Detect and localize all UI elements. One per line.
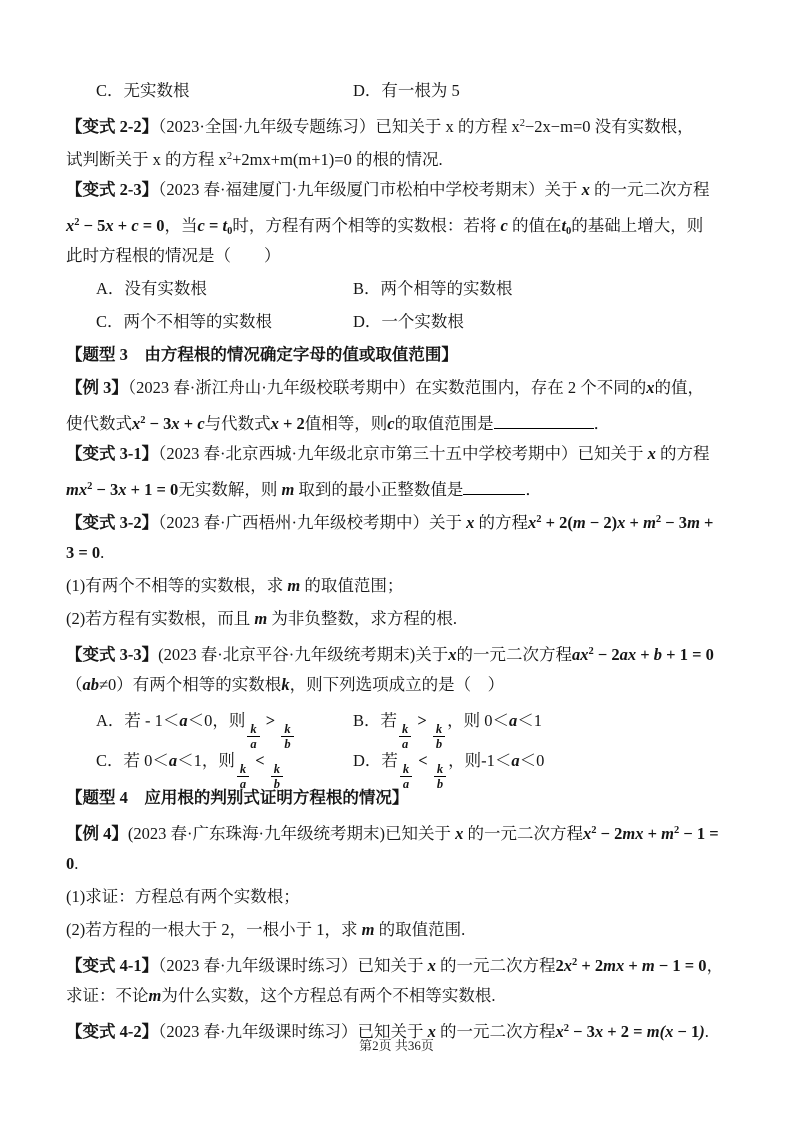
text-segment: D．一个实数根 xyxy=(353,312,464,331)
text-segment: 的一元二次方程 xyxy=(463,824,583,843)
text-segment: 的方程 xyxy=(474,513,528,532)
text-segment: 的取值范围； xyxy=(300,576,403,595)
text-segment: x xyxy=(132,414,140,433)
text-segment: C．无实数根 xyxy=(96,81,190,100)
text-segment: x xyxy=(648,444,656,463)
text-line: 此时方程根的情况是（ ） xyxy=(66,239,728,272)
text-line: mx2 − 3x + 1 = 0无实数解，则 m 取到的最小正整数值是． xyxy=(66,470,728,503)
option-row: A．没有实数根B．两个相等的实数根 xyxy=(66,272,728,305)
text-segment: 【变式 3-1】 xyxy=(66,444,158,463)
text-segment: ， xyxy=(707,956,724,975)
fraction-numerator: k xyxy=(281,722,293,737)
text-segment: ，当 xyxy=(165,216,198,235)
text-segment: ab xyxy=(83,675,100,694)
text-segment: a xyxy=(572,645,580,664)
page-number: 第2页 共36页 xyxy=(359,1038,434,1053)
text-line: 3 = 0. xyxy=(66,536,728,569)
fraction-numerator: k xyxy=(237,762,249,777)
text-segment: x xyxy=(583,824,591,843)
option-left: A．若 - 1＜a＜0，则ka > kb xyxy=(96,701,353,741)
text-segment: ＜0 xyxy=(520,751,545,770)
text-segment: x xyxy=(66,216,74,235)
text-line: (1)求证：方程总有两个实数根； xyxy=(66,880,728,913)
text-segment: − 1 = xyxy=(679,824,718,843)
text-segment: > xyxy=(413,711,431,730)
option-left: C．两个不相等的实数根 xyxy=(96,305,353,338)
fraction-numerator: k xyxy=(433,722,445,737)
option-left: A．没有实数根 xyxy=(96,272,353,305)
text-segment: 【题型 4 应用根的判别式证明方程根的情况】 xyxy=(66,788,408,807)
text-line: x2 − 5x + c = 0，当c = t0时，方程有两个相等的实数根：若将 … xyxy=(66,206,728,239)
text-line: (1)有两个不相等的实数根，求 m 的取值范围； xyxy=(66,569,728,602)
text-segment: − 5 xyxy=(80,216,106,235)
text-segment: + xyxy=(700,513,714,532)
text-segment: 【变式 4-1】 xyxy=(66,956,158,975)
text-line: 【变式 2-2】（2023·全国·九年级专题练习）已知关于 x 的方程 x2−2… xyxy=(66,107,728,140)
text-line: 【变式 2-3】（2023 春·福建厦门·九年级厦门市松柏中学校考期末）关于 x… xyxy=(66,173,728,206)
text-segment: b xyxy=(654,645,662,664)
option-row: C．若 0＜a＜1，则ka < kbD．若ka < kb，则-1＜a＜0 xyxy=(66,741,728,781)
text-line: 【例 3】（2023 春·浙江舟山·九年级校联考期中）在实数范围内，存在 2 个… xyxy=(66,371,728,404)
text-segment: 【变式 3-3】 xyxy=(66,645,158,664)
text-segment: m xyxy=(254,609,267,628)
answer-blank xyxy=(494,426,594,429)
text-segment: > xyxy=(262,711,280,730)
text-segment: 的方程 xyxy=(656,444,710,463)
option-right: B．若ka > kb，则 0＜a＜1 xyxy=(353,701,542,741)
text-segment: (2)若方程有实数根，而且 xyxy=(66,609,254,628)
text-segment: x xyxy=(79,480,87,499)
text-segment: 的取值范围是 xyxy=(395,414,494,433)
text-segment: − 3 xyxy=(146,414,172,433)
option-right: D．一个实数根 xyxy=(353,305,464,338)
text-segment: （2023 春·广西梧州·九年级校考期中）关于 xyxy=(158,513,466,532)
text-segment: c xyxy=(198,216,205,235)
text-segment: − 2 xyxy=(594,645,620,664)
text-segment: 2 xyxy=(556,956,564,975)
text-segment: 此时方程根的情况是（ ） xyxy=(66,246,281,265)
text-segment: D．有一根为 5 xyxy=(353,81,460,100)
text-segment: + 1 = 0 xyxy=(662,645,714,664)
text-segment: + 2 xyxy=(577,956,603,975)
text-line: 【变式 4-1】（2023 春·九年级课时练习）已知关于 x 的一元二次方程2x… xyxy=(66,946,728,979)
text-segment: k xyxy=(281,675,289,694)
text-segment: x xyxy=(118,480,126,499)
text-segment: x xyxy=(646,378,654,397)
text-segment: 【例 4】 xyxy=(66,824,128,843)
text-segment: x xyxy=(616,956,624,975)
text-segment: a xyxy=(179,711,187,730)
text-segment: + 1 = 0 xyxy=(127,480,179,499)
text-segment: 无实数解，则 xyxy=(178,480,281,499)
text-segment: x xyxy=(271,414,279,433)
text-segment: （2023 春·北京西城·九年级北京市第三十五中学校考期中）已知关于 xyxy=(158,444,648,463)
fraction-numerator: k xyxy=(271,762,283,777)
text-segment: （2023 春·九年级课时练习）已知关于 xyxy=(158,956,428,975)
text-segment: 【题型 3 由方程根的情况确定字母的值或取值范围】 xyxy=(66,345,458,364)
text-line: 试判断关于 x 的方程 x2+2mx+m(m+1)=0 的根的情况. xyxy=(66,140,728,173)
text-segment: + xyxy=(624,956,642,975)
text-segment: m xyxy=(66,480,79,499)
text-line: 使代数式x2 − 3x + c与代数式x + 2值相等，则c的取值范围是． xyxy=(66,404,728,437)
text-segment: D．若 xyxy=(353,751,398,770)
text-segment: （ xyxy=(66,675,83,694)
text-segment: − 3 xyxy=(661,513,687,532)
text-segment: . xyxy=(100,543,104,562)
text-line: 【变式 3-1】（2023 春·北京西城·九年级北京市第三十五中学校考期中）已知… xyxy=(66,437,728,470)
text-segment: 的值在 xyxy=(508,216,562,235)
text-line: 【例 4】(2023 春·广东珠海·九年级统考期末)已知关于 x 的一元二次方程… xyxy=(66,814,728,847)
fraction-denominator: b xyxy=(434,777,446,791)
text-segment: − 2) xyxy=(586,513,617,532)
text-segment: x xyxy=(428,956,436,975)
text-segment: 值相等，则 xyxy=(305,414,388,433)
document-page: C．无实数根D．有一根为 5【变式 2-2】（2023·全国·九年级专题练习）已… xyxy=(0,0,793,1122)
text-segment: (2023 春·广东珠海·九年级统考期末)已知关于 xyxy=(128,824,455,843)
text-segment: 【例 3】 xyxy=(66,378,128,397)
text-segment: 的一元二次方程 xyxy=(590,180,710,199)
text-segment: 与代数式 xyxy=(205,414,271,433)
text-segment: 【变式 3-2】 xyxy=(66,513,158,532)
text-segment: x xyxy=(171,414,179,433)
text-segment: 的取值范围. xyxy=(374,920,465,939)
text-segment: 使代数式 xyxy=(66,414,132,433)
text-segment: （2023 春·福建厦门·九年级厦门市松柏中学校考期末）关于 xyxy=(158,180,582,199)
text-segment: c xyxy=(131,216,138,235)
text-segment: (2)若方程的一根大于 2，一根小于 1，求 xyxy=(66,920,362,939)
text-segment: (1)求证：方程总有两个实数根； xyxy=(66,887,300,906)
text-line: 【题型 3 由方程根的情况确定字母的值或取值范围】 xyxy=(66,338,728,371)
text-segment: + xyxy=(643,824,661,843)
text-segment: −2x−m=0 没有实数根， xyxy=(525,117,694,136)
text-segment: 3 = 0 xyxy=(66,543,100,562)
page-footer: 第2页 共36页 xyxy=(0,1036,793,1056)
option-row: A．若 - 1＜a＜0，则ka > kbB．若ka > kb，则 0＜a＜1 xyxy=(66,701,728,741)
text-segment: +2mx+m(m+1)=0 的根的情况. xyxy=(232,150,442,169)
text-segment: 试判断关于 x 的方程 x xyxy=(66,150,227,169)
text-segment: A．若 - 1＜ xyxy=(96,711,179,730)
text-segment: m xyxy=(281,480,294,499)
text-segment: 的值， xyxy=(655,378,705,397)
text-segment: a xyxy=(169,751,177,770)
text-segment: 【变式 2-2】 xyxy=(66,117,158,136)
text-segment: x xyxy=(528,513,536,532)
text-segment: 的基础上增大，则 xyxy=(571,216,703,235)
text-segment: B．两个相等的实数根 xyxy=(353,279,513,298)
text-segment: m xyxy=(287,576,300,595)
text-segment: + xyxy=(180,414,198,433)
text-segment: ＜0，则 xyxy=(188,711,246,730)
text-segment: 为非负整数，求方程的根. xyxy=(267,609,457,628)
text-line: (2)若方程有实数根，而且 m 为非负整数，求方程的根. xyxy=(66,602,728,635)
text-segment: 为什么实数，这个方程总有两个不相等实数根. xyxy=(161,986,495,1005)
text-segment: . xyxy=(74,854,78,873)
text-segment: m xyxy=(643,513,656,532)
text-segment: < xyxy=(251,751,269,770)
option-left: C．无实数根 xyxy=(96,74,353,107)
option-right: B．两个相等的实数根 xyxy=(353,272,513,305)
text-segment: ． xyxy=(525,480,542,499)
fraction: kb xyxy=(434,762,446,791)
text-segment: ≠0）有两个相等的实数根 xyxy=(99,675,281,694)
text-line: 【题型 4 应用根的判别式证明方程根的情况】 xyxy=(66,781,728,814)
text-segment: ＜1 xyxy=(517,711,542,730)
text-segment: m xyxy=(362,920,375,939)
text-segment: − 3 xyxy=(92,480,118,499)
text-line: (2)若方程的一根大于 2，一根小于 1，求 m 的取值范围. xyxy=(66,913,728,946)
text-segment: m xyxy=(642,956,655,975)
text-segment: + 2 xyxy=(279,414,305,433)
text-segment: ，则 0＜ xyxy=(447,711,509,730)
text-segment: m xyxy=(603,956,616,975)
text-segment: ＜1，则 xyxy=(177,751,235,770)
text-segment: 的一元二次方程 xyxy=(456,645,572,664)
text-segment: a xyxy=(620,645,628,664)
text-line: 【变式 3-2】（2023 春·广西梧州·九年级校考期中）关于 x 的方程x2 … xyxy=(66,503,728,536)
fraction-numerator: k xyxy=(399,722,411,737)
text-segment: x xyxy=(105,216,113,235)
text-segment: x xyxy=(628,645,636,664)
text-segment: m xyxy=(687,513,700,532)
answer-blank xyxy=(463,492,525,495)
text-segment: （2023·全国·九年级专题练习）已知关于 x 的方程 x xyxy=(158,117,520,136)
text-segment: 【变式 2-3】 xyxy=(66,180,158,199)
text-segment: 取到的最小正整数值是 xyxy=(294,480,463,499)
fraction-numerator: k xyxy=(434,762,446,777)
text-segment: B．若 xyxy=(353,711,397,730)
text-segment: C．若 0＜ xyxy=(96,751,169,770)
text-segment: + xyxy=(625,513,643,532)
text-segment: x xyxy=(582,180,590,199)
text-segment: C．两个不相等的实数根 xyxy=(96,312,272,331)
text-segment: x xyxy=(564,956,572,975)
text-segment: 求证：不论 xyxy=(66,986,149,1005)
fraction-numerator: k xyxy=(247,722,259,737)
text-segment: a xyxy=(511,751,519,770)
text-line: （ab≠0）有两个相等的实数根k，则下列选项成立的是（ ） xyxy=(66,668,728,701)
option-left: C．若 0＜a＜1，则ka < kb xyxy=(96,741,353,781)
text-segment: 的一元二次方程 xyxy=(436,956,556,975)
text-segment: ，则-1＜ xyxy=(448,751,511,770)
text-segment: + xyxy=(636,645,654,664)
document-body: C．无实数根D．有一根为 5【变式 2-2】（2023·全国·九年级专题练习）已… xyxy=(66,74,728,1045)
text-segment: = 0 xyxy=(139,216,165,235)
text-segment: m xyxy=(149,986,162,1005)
option-right: D．有一根为 5 xyxy=(353,74,460,107)
option-right: D．若ka < kb，则-1＜a＜0 xyxy=(353,741,544,781)
text-line: 0. xyxy=(66,847,728,880)
text-segment: m xyxy=(661,824,674,843)
text-segment: (2023 春·北京平谷·九年级统考期末)关于 xyxy=(158,645,448,664)
text-segment: + 2( xyxy=(542,513,573,532)
text-segment: A．没有实数根 xyxy=(96,279,207,298)
text-segment: c xyxy=(501,216,508,235)
text-segment: ，则下列选项成立的是（ ） xyxy=(290,675,505,694)
text-segment: − 2 xyxy=(596,824,622,843)
text-segment: 0 xyxy=(66,854,74,873)
text-segment: − 1 = 0 xyxy=(655,956,707,975)
text-segment: < xyxy=(414,751,432,770)
text-segment: c xyxy=(197,414,204,433)
option-row: C．两个不相等的实数根D．一个实数根 xyxy=(66,305,728,338)
text-segment: 时，方程有两个相等的实数根：若将 xyxy=(232,216,500,235)
text-segment: m xyxy=(622,824,635,843)
fraction-numerator: k xyxy=(400,762,412,777)
text-segment: （2023 春·浙江舟山·九年级校联考期中）在实数范围内，存在 2 个不同的 xyxy=(128,378,646,397)
text-segment: c xyxy=(387,414,394,433)
text-segment: = xyxy=(205,216,223,235)
option-row: C．无实数根D．有一根为 5 xyxy=(66,74,728,107)
text-segment: m xyxy=(573,513,586,532)
text-segment: (1)有两个不相等的实数根，求 xyxy=(66,576,287,595)
text-segment: ． xyxy=(594,414,611,433)
text-line: 【变式 3-3】(2023 春·北京平谷·九年级统考期末)关于x的一元二次方程a… xyxy=(66,635,728,668)
text-line: 求证：不论m为什么实数，这个方程总有两个不相等实数根. xyxy=(66,979,728,1012)
text-segment: + xyxy=(114,216,132,235)
